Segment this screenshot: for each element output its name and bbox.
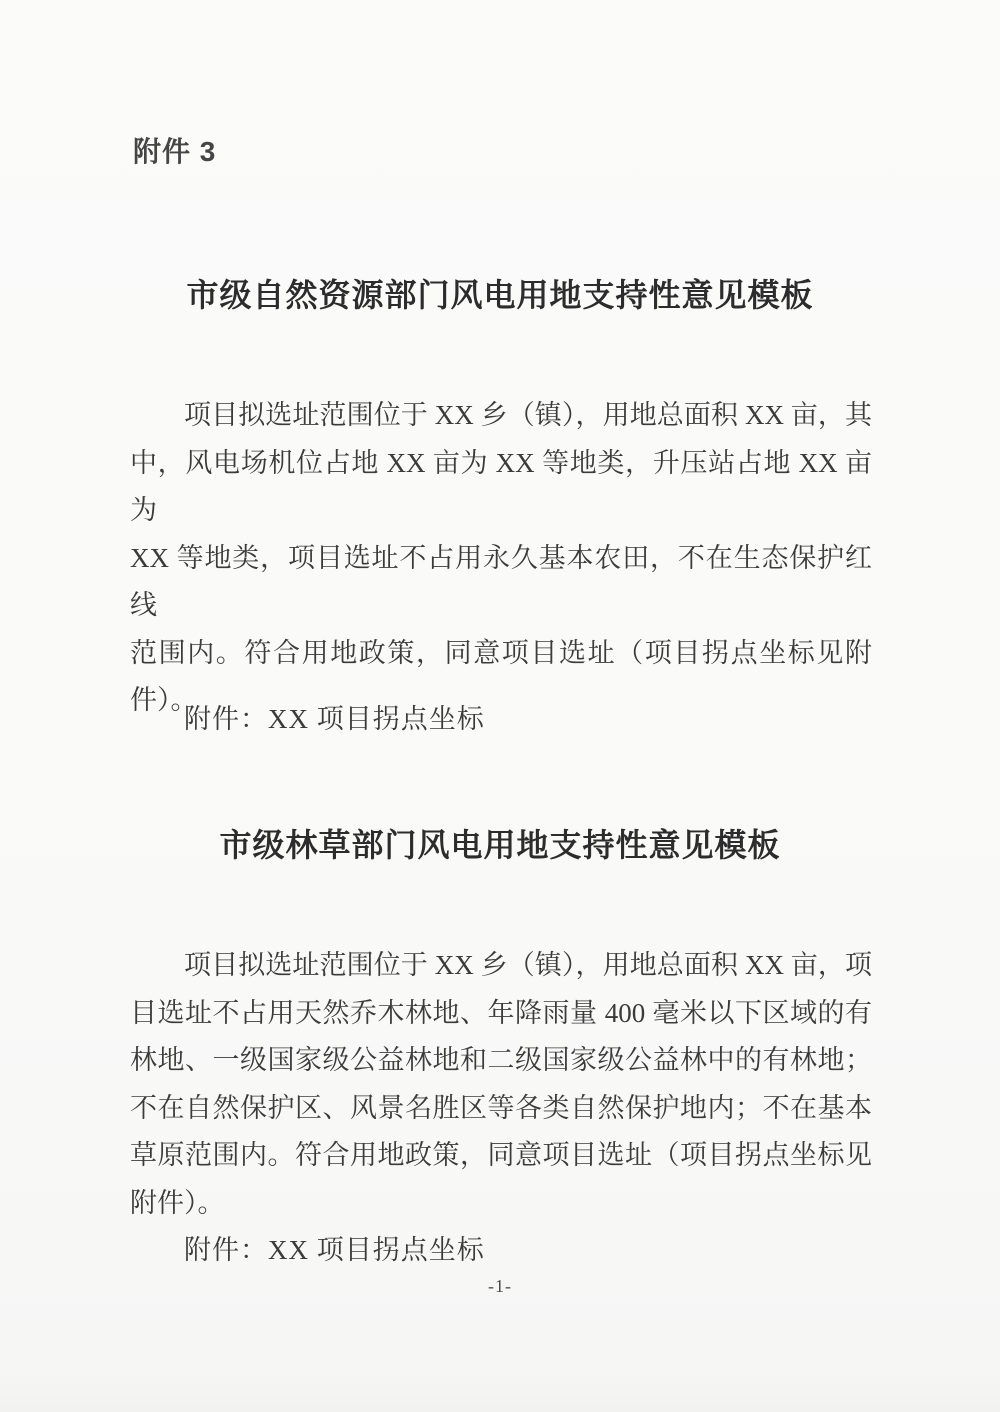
section-title-forestry-grassland: 市级林草部门风电用地支持性意见模板: [0, 820, 1000, 866]
section-title-natural-resources: 市级自然资源部门风电用地支持性意见模板: [0, 270, 1000, 316]
paragraph-natural-resources: 项目拟选址范围位于 XX 乡（镇），用地总面积 XX 亩，其 中，风电场机位占地…: [130, 392, 872, 725]
page-number: -1-: [0, 1276, 1000, 1297]
attachment-number-tag: 附件 3: [133, 130, 216, 170]
attachment-reference-line: 附件：XX 项目拐点坐标: [130, 1228, 872, 1267]
paragraph-line: 项目拟选址范围位于 XX 乡（镇），用地总面积 XX 亩，项: [130, 942, 872, 990]
paragraph-line: 中，风电场机位占地 XX 亩为 XX 等地类，升压站占地 XX 亩为: [130, 440, 872, 535]
attachment-reference-line: 附件：XX 项目拐点坐标: [130, 697, 872, 736]
paragraph-line: 项目拟选址范围位于 XX 乡（镇），用地总面积 XX 亩，其: [130, 392, 872, 440]
paragraph-line: 林地、一级国家级公益林地和二级国家级公益林中的有林地；: [130, 1037, 872, 1085]
document-page: 附件 3 市级自然资源部门风电用地支持性意见模板 项目拟选址范围位于 XX 乡（…: [0, 0, 1000, 1412]
paragraph-line: XX 等地类，项目选址不占用永久基本农田，不在生态保护红线: [130, 535, 872, 630]
paragraph-line: 目选址不占用天然乔木林地、年降雨量 400 毫米以下区域的有: [130, 990, 872, 1038]
paragraph-line: 附件）。: [130, 1180, 872, 1228]
paragraph-line: 范围内。符合用地政策，同意项目选址（项目拐点坐标见附: [130, 630, 872, 678]
paragraph-line: 草原范围内。符合用地政策，同意项目选址（项目拐点坐标见: [130, 1132, 872, 1180]
paragraph-line: 不在自然保护区、风景名胜区等各类自然保护地内；不在基本: [130, 1085, 872, 1133]
paragraph-forestry-grassland: 项目拟选址范围位于 XX 乡（镇），用地总面积 XX 亩，项 目选址不占用天然乔…: [130, 942, 872, 1227]
